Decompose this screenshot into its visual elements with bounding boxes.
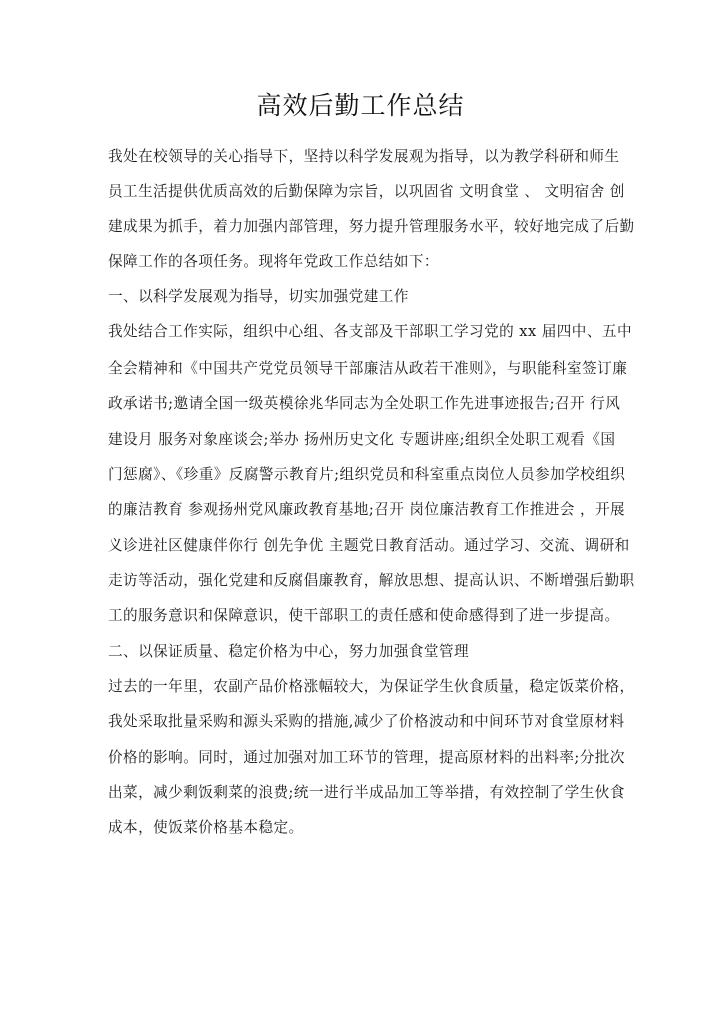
section-1-line-5: 门惩腐》、《珍重》反腐警示教育片;组织党员和科室重点岗位人员参加学校组织 [108, 465, 614, 485]
section-2-line-5: 成本，使饭菜价格基本稳定。 [108, 818, 614, 838]
section-1-line-9: 工的服务意识和保障意识，使干部职工的责任感和使命感得到了进一步提高。 [108, 606, 614, 626]
section-heading-2: 二、以保证质量、稳定价格为中心，努力加强食堂管理 [108, 642, 614, 662]
section-1-line-8: 走访等活动，强化党建和反腐倡廉教育，解放思想、提高认识、不断增强后勤职 [108, 571, 614, 591]
section-1-line-6: 的廉洁教育 参观扬州党风廉政教育基地;召开 岗位廉洁教育工作推进会 ，开展 [108, 500, 614, 520]
section-2-line-4: 出菜，减少剩饭剩菜的浪费;统一进行半成品加工等举措，有效控制了学生伙食 [108, 783, 614, 803]
document-page: 高效后勤工作总结 我处在校领导的关心指导下，坚持以科学发展观为指导，以为教学科研… [0, 0, 721, 1020]
paragraph-intro-line-2: 员工生活提供优质高效的后勤保障为宗旨，以巩固省 文明食堂 、 文明宿舍 创 [108, 182, 614, 202]
section-2-line-3: 价格的影响。同时，通过加强对加工环节的管理，提高原材料的出料率;分批次 [108, 748, 614, 768]
paragraph-intro-line-4: 保障工作的各项任务。现将年党政工作总结如下： [108, 252, 614, 272]
paragraph-intro-line-3: 建成果为抓手，着力加强内部管理，努力提升管理服务水平，较好地完成了后勤 [108, 217, 614, 237]
section-heading-1: 一、以科学发展观为指导，切实加强党建工作 [108, 287, 614, 307]
paragraph-intro-line-1: 我处在校领导的关心指导下，坚持以科学发展观为指导，以为教学科研和师生 [108, 147, 614, 167]
document-title: 高效后勤工作总结 [0, 86, 721, 122]
section-1-line-4: 建设月 服务对象座谈会;举办 扬州历史文化 专题讲座;组织全处职工观看《国 [108, 430, 614, 450]
section-1-line-1: 我处结合工作实际，组织中心组、各支部及干部职工学习党的 xx 届四中、五中 [108, 322, 614, 342]
section-1-line-7: 义诊进社区健康伴你行 创先争优 主题党日教育活动。通过学习、交流、调研和 [108, 536, 614, 556]
section-2-line-2: 我处采取批量采购和源头采购的措施,减少了价格波动和中间环节对食堂原材料 [108, 712, 614, 732]
section-1-line-3: 政承诺书;邀请全国一级英模徐兆华同志为全处职工作先进事迹报告;召开 行风 [108, 394, 614, 414]
section-2-line-1: 过去的一年里，农副产品价格涨幅较大，为保证学生伙食质量，稳定饭菜价格， [108, 677, 614, 697]
section-1-line-2: 全会精神和《中国共产党党员领导干部廉洁从政若干准则》，与职能科室签订廉 [108, 359, 614, 379]
